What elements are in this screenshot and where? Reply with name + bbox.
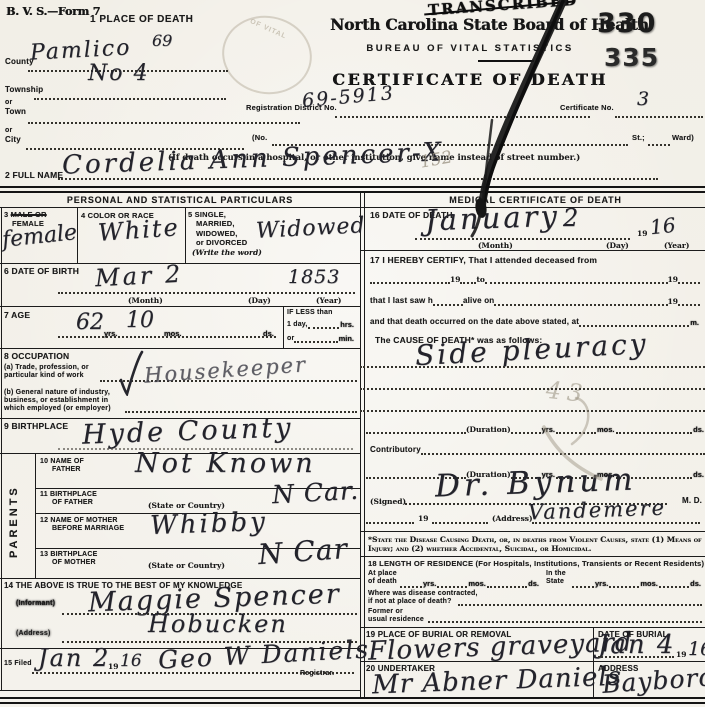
mother-name-value: Whibby [150,509,269,539]
st-line [648,144,670,146]
right-rule-2 [360,531,705,532]
father-name-l2: FATHER [52,466,81,474]
undertaker-address-value: Bayboro [601,664,705,697]
date-of-death-month: January [425,202,561,236]
filed-label: 15 Filed [4,660,32,668]
certificate-no-value: 3 [637,90,649,109]
age-label: 7 AGE [4,310,30,320]
date-of-birth-month-day: Mar 2 [94,262,183,291]
day-sublabel: (Day) [248,296,271,305]
contributory-label: Contributory [370,445,421,455]
nineteen-3: 19 [668,297,678,306]
address-line-pre [366,522,414,524]
certify-label: 17 I HEREBY CERTIFY, That I attended dec… [370,255,597,265]
alive-on-label: alive on [463,296,494,306]
age-yrs-label: yrs. [103,329,118,338]
death-month-sublabel: (Month) [478,241,513,250]
in-state-l2: State [546,578,564,586]
occupation-label: 8 OCCUPATION [4,351,69,361]
pencil-number-right: 43 [545,376,590,408]
death-certificate-page: B. V. S.—Form 7 1 PLACE OF DEATH TRANSCR… [0,0,705,707]
county-number: 69 [152,33,172,49]
date-of-birth-line [58,292,355,294]
father-birthplace-l2: OF FATHER [52,499,93,507]
marital-l3: WIDOWED, [196,229,238,238]
check-mark-icon [118,350,144,396]
date-of-death-year-printed: 19 [637,229,647,238]
where-contracted-line [458,604,702,606]
burial-date-line [598,656,674,658]
sex-value: female [1,222,78,252]
township-line [34,98,226,100]
mother-name-l2: BEFORE MARRIAGE [52,525,124,533]
left-bottom-rule [0,690,360,691]
if-less-label: IF LESS than [287,309,333,317]
at-place-mos: mos. [467,579,487,588]
nineteen-2: 19 [668,275,678,284]
nineteen-1: 19 [450,275,460,284]
marital-value: Widowed [255,215,366,243]
row-rule-3 [0,348,360,349]
hrs-label: hrs. [339,320,355,329]
duration-row-1: (Duration) yrs. mos. ds. [366,425,705,434]
md-label: M. D. [682,496,702,506]
address-nineteen: 19 [418,514,428,523]
column-divider-2 [364,193,365,697]
date-of-death-line [415,238,630,240]
occupation-a2: particular kind of work [4,372,84,380]
age-months-value: 10 [126,310,154,332]
cause-line-2 [360,388,705,390]
informant-label: (Informant) [16,600,55,608]
mother-birthplace-hint: (State or Country) [148,561,225,570]
birthplace-value: Hyde County [82,414,294,448]
stamped-number: 335 [604,43,659,72]
to-label: to [476,275,484,284]
burial-date-value: Jan 4 [598,632,675,658]
bottom-rule-1 [0,697,705,699]
full-name-label: 2 FULL NAME [5,170,63,180]
death-occurred-row: and that death occurred on the date abov… [370,317,700,327]
certificate-no-line [615,116,703,118]
pencil-number: 152 [419,147,454,172]
duration-yrs-1: yrs. [541,425,556,434]
registration-district-line [335,116,590,118]
color-value: White [97,215,180,245]
address-line-post [532,522,700,524]
street-no-label: (No. [252,133,267,142]
board-title: North Carolina State Board of Health [330,15,610,34]
row-rule-2 [0,306,360,307]
marital-l1: 5 SINGLE, [188,210,226,219]
full-name-line [58,178,658,180]
date-of-death-day: 2 [563,206,578,230]
duration-ds-2: ds. [692,470,705,479]
mother-birthplace-value: N Car [257,535,349,569]
physician-address-label: (Address) [492,514,533,523]
where-contracted-l2: if not at place of death? [368,598,452,606]
father-birthplace-value: N Car. [271,478,359,508]
parents-label: PARENTS [8,478,21,558]
burial-year-value: 16 [688,640,705,659]
duration-mos-1: mos. [596,425,616,434]
physician-address-value: Vandemere [528,498,667,524]
marital-hint: (Write the word) [192,248,262,257]
former-residence-line [428,621,702,623]
duration-ds-1: ds. [692,425,705,434]
occurred-label: and that death occurred on the date abov… [370,317,579,327]
marital-label: 5 SINGLE, MARRIED, WIDOWED, or DIVORCED [188,210,247,248]
address-line-mid [432,522,488,524]
occupation-b3: which employed (or employer) [4,405,111,413]
filed-year-value: 16 [120,653,142,670]
marital-l4: or DIVORCED [196,238,247,247]
township-value: No 4 [88,63,150,85]
sex-label-struck: MALE OR [11,210,47,219]
informant-address-value: Hobucken [148,612,288,636]
occupation-b-line [125,411,357,413]
date-of-birth-label: 6 DATE OF BIRTH [4,266,79,276]
death-day-sublabel: (Day) [606,241,629,250]
mother-birthplace-l2: OF MOTHER [52,559,96,567]
st-label: St.; [632,133,645,142]
min-label: min. [338,334,355,343]
age-subcell-divider [283,306,284,348]
last-saw-label: that I last saw h [370,296,433,306]
right-rule-3 [360,556,705,557]
or-min-label: or [287,335,294,343]
duration-label-1: (Duration) [466,425,511,434]
at-place-units-row: yrs. mos. ds. [400,579,540,588]
title-rule [478,60,534,62]
at-place-yrs: yrs. [422,579,437,588]
undertaker-value: Mr Abner Daniels [372,664,623,699]
death-year-sublabel: (Year) [664,241,689,250]
cause-footnote: *State the Disease Causing Death, or, in… [368,535,704,554]
left-section-title: PERSONAL AND STATISTICAL PARTICULARS [0,195,360,206]
month-sublabel: (Month) [128,296,163,305]
full-name-value: Cordelia Ann Spencer-X [62,139,445,178]
last-saw-row: that I last saw h alive on 19 [370,296,700,306]
signed-label: (Signed) [370,497,406,506]
stamped-number-old: 330 [597,8,656,39]
township-label: Township [5,85,43,95]
birthplace-label: 9 BIRTHPLACE [4,421,68,431]
right-rule-4 [360,627,705,628]
filed-date-value: Jan 2 [38,646,110,670]
filed-year-printed: 19 [108,662,118,671]
contributory-row: Contributory [370,445,705,455]
faint-round-stamp: OF VITAL [216,9,318,101]
one-day-label: 1 day, [287,321,308,329]
date-of-birth-year: 1853 [288,268,340,287]
residence-label: 18 LENGTH OF RESIDENCE (For Hospitals, I… [368,559,704,568]
cause-line-1 [360,366,705,368]
age-ds-label: ds. [262,329,275,338]
or-min-row: or min. [287,334,355,343]
at-place-l2: of death [368,578,397,586]
right-rule-5 [360,661,705,662]
registration-district-value: 69-5913 [301,84,395,111]
age-years-value: 62 [76,312,104,334]
in-state-ds: ds. [689,579,702,588]
in-state-mos: mos. [639,579,659,588]
right-rule-1 [360,250,705,251]
in-state-yrs: yrs. [594,579,609,588]
cause-line-3 [360,410,705,412]
town-label: Town [5,107,26,117]
ward-label: Ward) [672,133,694,142]
m-label: m. [689,318,700,327]
former-residence-l2: usual residence [368,616,424,624]
section-top-rule [0,207,705,208]
father-name-value: Not Known [135,450,316,477]
place-of-death-label: 1 PLACE OF DEATH [90,14,193,26]
parents-divider [35,453,36,578]
year-sublabel: (Year) [316,296,341,305]
cell-divider-color-marital [185,207,186,263]
bottom-rule-2 [0,702,705,704]
burial-year-printed: 19 [676,650,686,659]
town-line [28,122,300,124]
column-divider-1 [360,193,361,697]
header-rule-1 [0,186,705,188]
attended-dates-row: 19 to 19 [370,275,700,284]
at-place-ds: ds. [527,579,540,588]
certificate-no-label: Certificate No. [560,103,614,112]
one-day-row: 1 day, hrs. [287,320,355,329]
city-label: City [5,135,21,145]
marital-l2: MARRIED, [196,219,235,228]
in-state-units-row: yrs. mos. ds. [572,579,702,588]
bureau-title: BUREAU OF VITAL STATISTICS [330,43,610,54]
form-number: B. V. S.—Form 7 [6,5,100,18]
left-edge-border [1,207,2,690]
faint-stamp-text: OF VITAL [249,18,288,40]
age-mos-label: mos. [163,329,183,338]
filed-line [32,672,354,674]
informant-address-label: (Address) [16,630,50,638]
date-of-death-year: 16 [649,215,676,238]
sex-label-no: 3 [4,210,8,219]
header-rule-2 [0,191,705,193]
